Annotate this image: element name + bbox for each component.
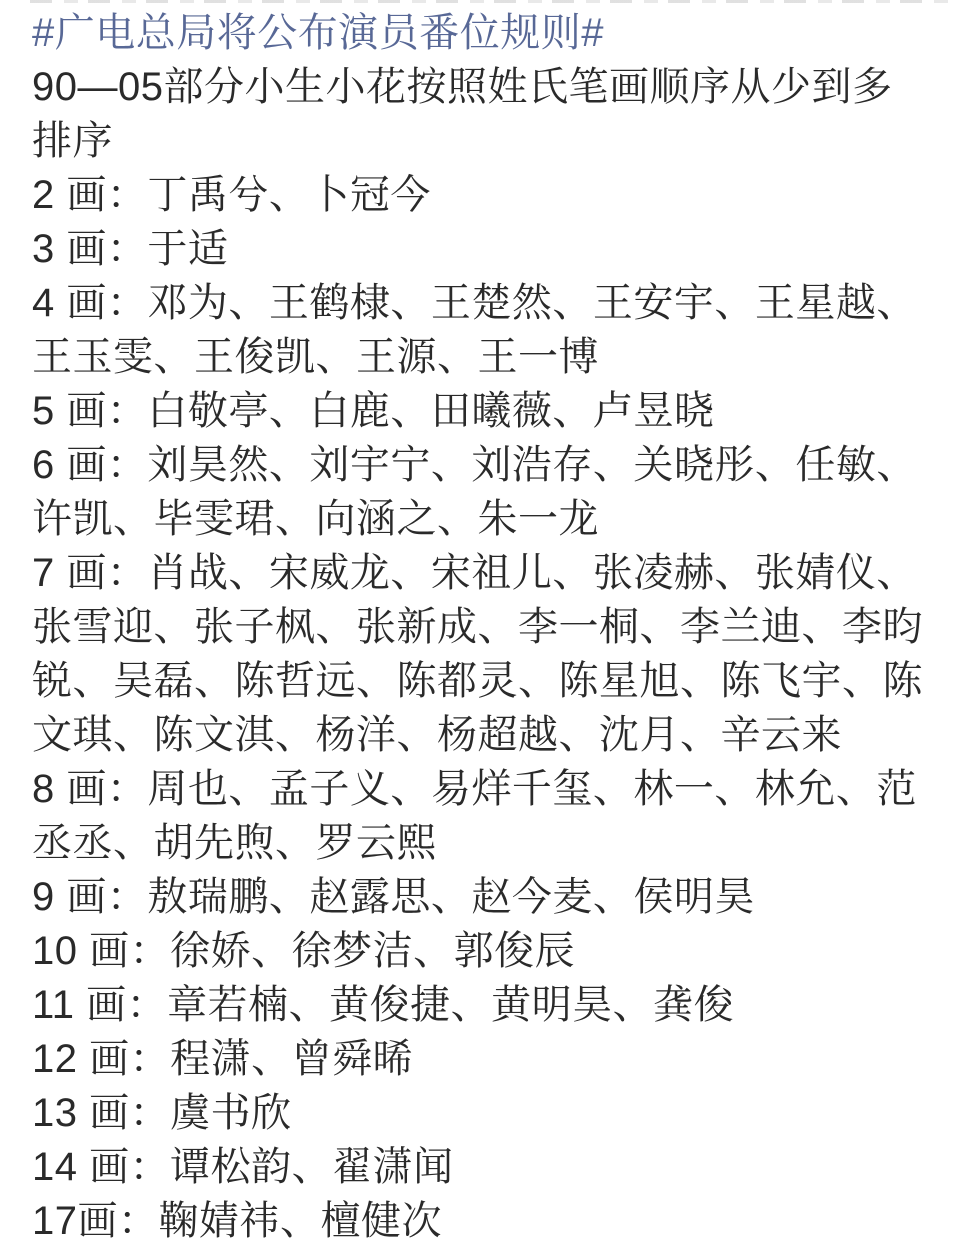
stroke-entry: 8 画：周也、孟子义、易烊千玺、林一、林允、范丞丞、胡先煦、罗云熙 xyxy=(32,762,932,870)
stroke-entries: 2 画：丁禹兮、卜冠今3 画：于适4 画：邓为、王鹤棣、王楚然、王安宇、王星越、… xyxy=(32,168,932,1246)
stroke-entry: 5 画：白敬亭、白鹿、田曦薇、卢昱晓 xyxy=(32,384,932,438)
topic-hashtag-link[interactable]: #广电总局将公布演员番位规则# xyxy=(32,11,604,55)
stroke-entry: 2 画：丁禹兮、卜冠今 xyxy=(32,168,932,222)
stroke-entry: 9 画：敖瑞鹏、赵露思、赵今麦、侯明昊 xyxy=(32,870,932,924)
stroke-entry: 7 画：肖战、宋威龙、宋祖儿、张凌赫、张婧仪、张雪迎、张子枫、张新成、李一桐、李… xyxy=(32,546,932,762)
stroke-entry: 17画：鞠婧祎、檀健次 xyxy=(32,1194,932,1246)
stroke-entry: 11 画：章若楠、黄俊捷、黄明昊、龚俊 xyxy=(32,978,932,1032)
post-body: #广电总局将公布演员番位规则# 90—05部分小生小花按照姓氏笔画顺序从少到多排… xyxy=(0,4,960,1246)
stroke-entry: 6 画：刘昊然、刘宇宁、刘浩存、关晓彤、任敏、许凯、毕雯珺、向涵之、朱一龙 xyxy=(32,438,932,546)
stroke-entry: 13 画：虞书欣 xyxy=(32,1086,932,1140)
post-intro: 90—05部分小生小花按照姓氏笔画顺序从少到多排序 xyxy=(32,60,932,168)
stroke-entry: 14 画：谭松韵、翟潇闻 xyxy=(32,1140,932,1194)
stroke-entry: 12 画：程潇、曾舜晞 xyxy=(32,1032,932,1086)
stroke-entry: 3 画：于适 xyxy=(32,222,932,276)
stroke-entry: 4 画：邓为、王鹤棣、王楚然、王安宇、王星越、王玉雯、王俊凯、王源、王一博 xyxy=(32,276,932,384)
stroke-entry: 10 画：徐娇、徐梦洁、郭俊辰 xyxy=(32,924,932,978)
